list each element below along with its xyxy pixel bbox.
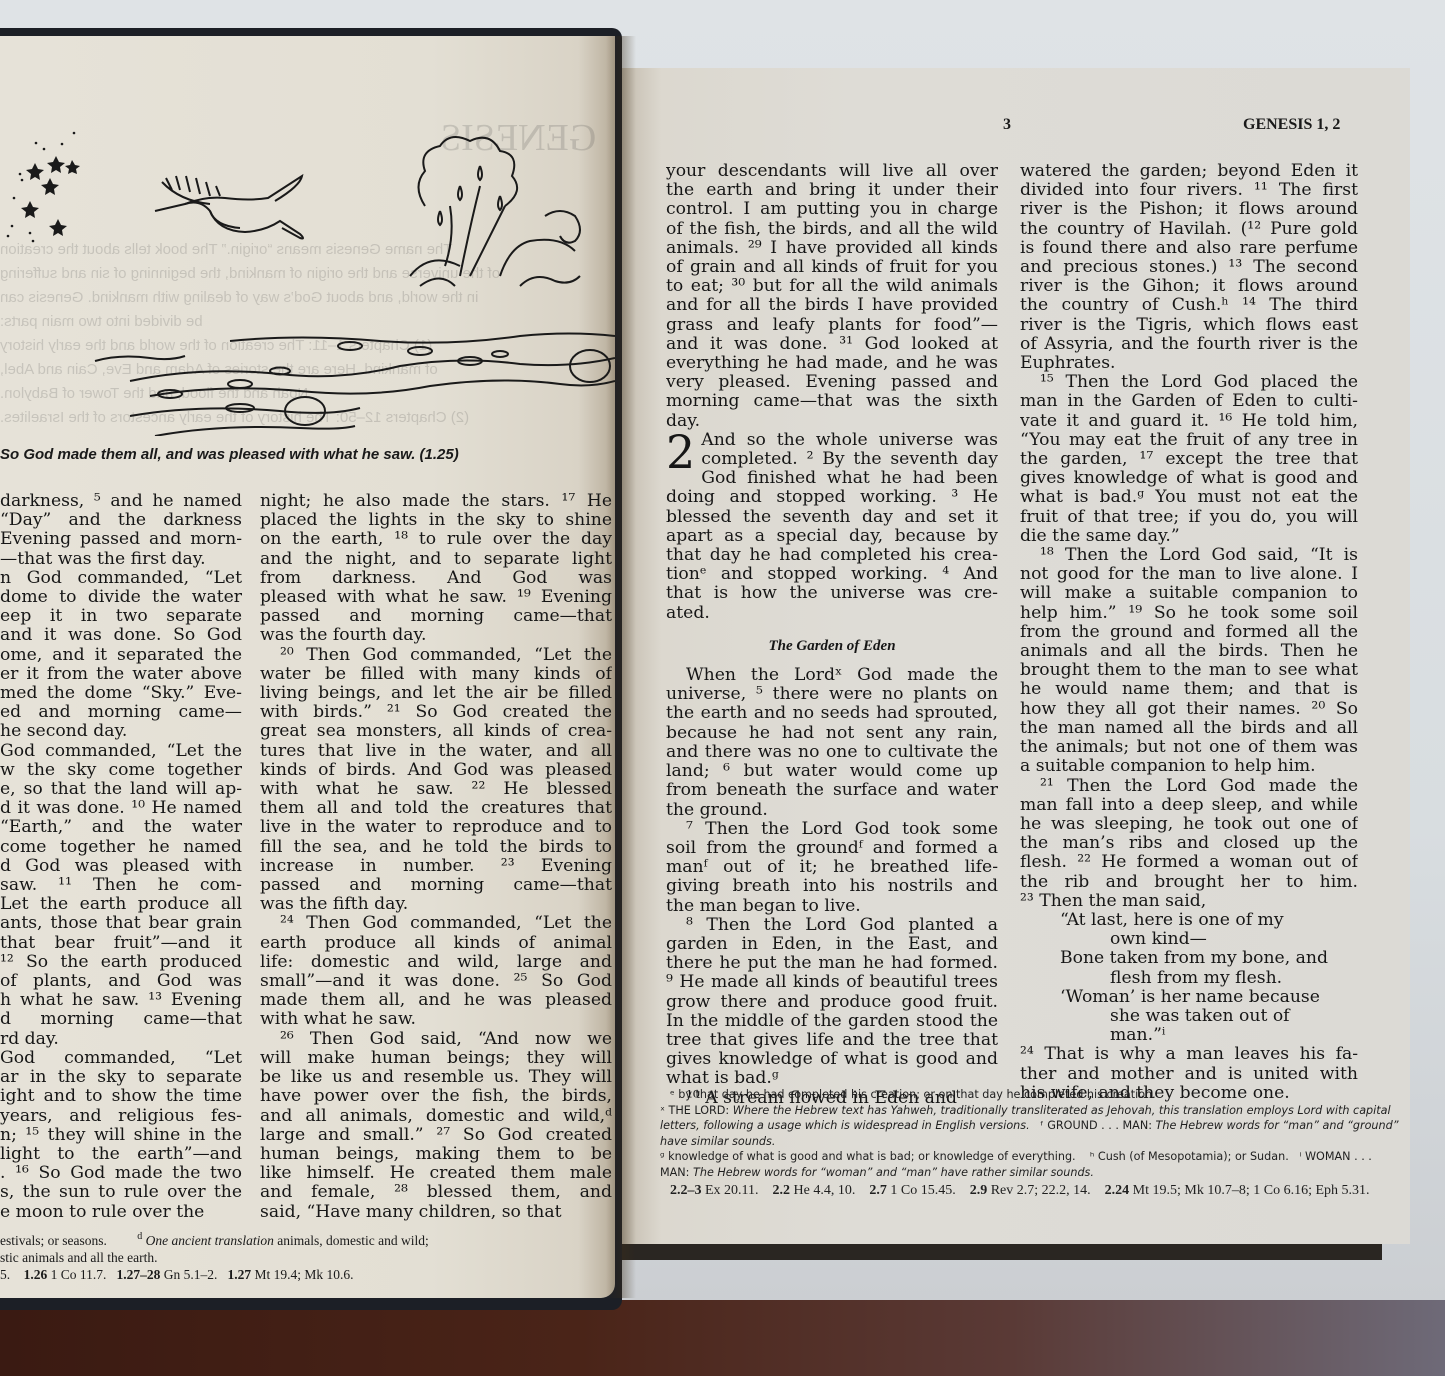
text-line: the man began to live. bbox=[666, 897, 998, 916]
text-line: e moon to rule over the bbox=[0, 1203, 242, 1222]
left-page-column-1: darkness, ⁵ and he named“Day” and the da… bbox=[0, 492, 242, 1222]
text-line: h what he saw. ¹³ Evening bbox=[0, 991, 242, 1010]
text-line: e, so that the land will ap- bbox=[0, 780, 242, 799]
book-gutter bbox=[606, 36, 636, 1298]
cross-ref-text: 1 Co 11.7. bbox=[51, 1267, 117, 1282]
text-line: life: domestic and wild, large and bbox=[260, 953, 612, 972]
text-line: the country of Havilah. (¹² Pure gold bbox=[1020, 220, 1358, 239]
text-line: the ground. bbox=[666, 801, 998, 820]
text-line: When the Lordˣ God made the bbox=[666, 666, 998, 685]
text-line: not good for the man to live alone. I bbox=[1020, 565, 1358, 584]
text-line: ²⁴ Then God commanded, “Let the bbox=[260, 914, 612, 933]
text-line: ⁹ He made all kinds of beautiful trees bbox=[666, 973, 998, 992]
text-line: divided into four rivers. ¹¹ The first bbox=[1020, 181, 1358, 200]
text-line: them all and told the creatures that bbox=[260, 799, 612, 818]
text-line: great sea monsters, all kinds of crea- bbox=[260, 722, 612, 741]
text-line: the man’s ribs and closed up the bbox=[1020, 834, 1358, 853]
right-page-column-1: your descendants will live all overthe e… bbox=[666, 162, 998, 1108]
text-line: er it from the water above bbox=[0, 665, 242, 684]
text-line: passed and morning came—that bbox=[260, 607, 612, 626]
chapter-2-block: 2And so the whole universe wascompleted.… bbox=[666, 431, 998, 623]
text-line: and the night, and to separate light bbox=[260, 550, 612, 569]
text-line: living beings, and let the air be filled bbox=[260, 684, 612, 703]
text-line: n; ¹⁵ they will shine in the bbox=[0, 1126, 242, 1145]
text-line: land; ⁶ but water would come up bbox=[666, 762, 998, 781]
footnote-line: estivals; or seasons. d One ancient tran… bbox=[0, 1232, 600, 1249]
text-line: there he put the man he had formed. bbox=[666, 954, 998, 973]
text-line: that day he had completed his crea- bbox=[666, 546, 998, 565]
text-line: was the fifth day. bbox=[260, 895, 612, 914]
right-page-column-2: watered the garden; beyond Eden itdivide… bbox=[1020, 162, 1358, 1103]
text-line: will make a suitable companion to bbox=[1020, 584, 1358, 603]
text-line: gives knowledge of what is good and bbox=[1020, 469, 1358, 488]
text-line: very pleased. Evening passed and bbox=[666, 373, 998, 392]
text-line: flesh. ²² He formed a woman out of bbox=[1020, 853, 1358, 872]
text-line: . ¹⁶ So God made the two bbox=[0, 1164, 242, 1183]
text-line: because he had not sent any rain, bbox=[666, 724, 998, 743]
text-line: ‘Woman’ is her name because bbox=[1020, 988, 1358, 1007]
text-line: with what he saw. ²² He blessed bbox=[260, 780, 612, 799]
text-line: river is the Tigris, which flows east bbox=[1020, 316, 1358, 335]
text-line: ed and morning came— bbox=[0, 703, 242, 722]
text-line: control. I am putting you in charge bbox=[666, 200, 998, 219]
text-line: on the earth, ¹⁸ to rule over the day bbox=[260, 530, 612, 549]
cross-ref-text: Mt 19.5; Mk 10.7–8; 1 Co 6.16; Eph 5.31. bbox=[1133, 1183, 1384, 1198]
text-line: grass and leafy plants for food”— bbox=[666, 316, 998, 335]
text-line: ²¹ Then the Lord God made the bbox=[1020, 777, 1358, 796]
text-line: ome, and it separated the bbox=[0, 646, 242, 665]
text-line: he second day. bbox=[0, 722, 242, 741]
text-line: with what he saw. bbox=[260, 1010, 612, 1029]
text-line: he was sleeping, he took out one of bbox=[1020, 815, 1358, 834]
right-page-footnotes: ᵉ by that day he had completed his creat… bbox=[660, 1087, 1400, 1199]
footnote-e: ᵉ by that day he had completed his creat… bbox=[660, 1087, 1400, 1103]
text-line: from darkness. And God was bbox=[260, 569, 612, 588]
text-line: soil from the groundᶠ and formed a bbox=[666, 839, 998, 858]
water-with-fish-icon bbox=[95, 334, 615, 437]
text-line: passed and morning came—that bbox=[260, 876, 612, 895]
text-line: said, “Have many children, so that bbox=[260, 1203, 612, 1222]
text-line: manᶠ out of it; he breathed life- bbox=[666, 858, 998, 877]
text-line: and there was no one to cultivate the bbox=[666, 743, 998, 762]
cross-ref-label: 1.26 bbox=[24, 1267, 51, 1282]
footnote-x: ˣ THE LORD: Where the Hebrew text has Ya… bbox=[660, 1103, 1400, 1150]
tree-and-plants-icon bbox=[410, 137, 580, 286]
text-line: apart as a special day, because by bbox=[666, 527, 998, 546]
text-line: garden in Eden, in the East, and bbox=[666, 935, 998, 954]
text-line: tree that gives life and the tree that bbox=[666, 1031, 998, 1050]
cross-ref-label: 2.24 bbox=[1105, 1183, 1133, 1198]
text-line: universe, ⁵ there were no plants on bbox=[666, 685, 998, 704]
text-line: that is how the universe was cre- bbox=[666, 584, 998, 603]
text-line: he would name them; and that is bbox=[1020, 680, 1358, 699]
wooden-table-surface bbox=[0, 1300, 1445, 1376]
text-line: own kind— bbox=[1020, 930, 1358, 949]
cross-ref-text: Ex 20.11. bbox=[705, 1183, 773, 1198]
cross-ref-text: He 4.4, 10. bbox=[794, 1183, 870, 1198]
text-line: large and small.” ²⁷ So God created bbox=[260, 1126, 612, 1145]
text-line: like himself. He created them male bbox=[260, 1164, 612, 1183]
text-line: of grain and all kinds of fruit for you bbox=[666, 258, 998, 277]
chapter-number: 2 bbox=[666, 433, 695, 471]
text-line: of Assyria, and the fourth river is the bbox=[1020, 335, 1358, 354]
text-line: from the ground and formed all the bbox=[1020, 623, 1358, 642]
text-line: die the same day.” bbox=[1020, 527, 1358, 546]
text-line: the man named all the birds and all bbox=[1020, 719, 1358, 738]
cross-ref-label: 2.2–3 bbox=[670, 1183, 705, 1198]
text-line: Bone taken from my bone, and bbox=[1020, 949, 1358, 968]
cross-ref-label: 2.7 bbox=[869, 1183, 890, 1198]
text-line: pleased with what he saw. ¹⁹ Evening bbox=[260, 588, 612, 607]
text-line: d morning came—that bbox=[0, 1010, 242, 1029]
text-line: years, and religious fes- bbox=[0, 1107, 242, 1126]
text-line: Let the earth produce all bbox=[0, 895, 242, 914]
text-line: ated. bbox=[666, 604, 998, 623]
text-line: a suitable companion to help him. bbox=[1020, 757, 1358, 776]
flying-bird-icon bbox=[155, 176, 303, 239]
text-line: ²⁰ Then God commanded, “Let the bbox=[260, 646, 612, 665]
text-line: come together he named bbox=[0, 838, 242, 857]
text-line: live in the water to reproduce and to bbox=[260, 818, 612, 837]
text-line: eep it in two separate bbox=[0, 607, 242, 626]
text-line: —that was the first day. bbox=[0, 550, 242, 569]
text-line: tionᵉ and stopped working. ⁴ And bbox=[666, 565, 998, 584]
text-line: fruit of that tree; if you do, you will bbox=[1020, 508, 1358, 527]
text-line: the animals; but not one of them was bbox=[1020, 738, 1358, 757]
left-page: GENESISThe name Genesis means “origin.” … bbox=[0, 36, 615, 1298]
text-line: giving breath into his nostrils and bbox=[666, 877, 998, 896]
text-line: doing and stopped working. ³ He bbox=[666, 488, 998, 507]
text-line: ⁸ Then the Lord God planted a bbox=[666, 916, 998, 935]
creation-illustration bbox=[0, 96, 615, 436]
right-page: your descendants will live all overthe e… bbox=[622, 68, 1410, 1244]
text-line: and it was done. ³¹ God looked at bbox=[666, 335, 998, 354]
text-line: dome to divide the water bbox=[0, 588, 242, 607]
text-line: light to the earth”—and bbox=[0, 1145, 242, 1164]
text-line: the rib and brought her to him. bbox=[1020, 873, 1358, 892]
text-line: d it was done. ¹⁰ He named bbox=[0, 799, 242, 818]
text-line: And so the whole universe was bbox=[701, 431, 998, 450]
text-line: she was taken out of bbox=[1020, 1007, 1358, 1026]
text-line: small”—and it was done. ²⁵ So God bbox=[260, 972, 612, 991]
text-line: and it was done. So God bbox=[0, 626, 242, 645]
text-line: ight and to show the time bbox=[0, 1087, 242, 1106]
cross-ref-text bbox=[14, 1267, 24, 1282]
text-line: vate it and guard it. ¹⁶ He told him, bbox=[1020, 412, 1358, 431]
text-line: with birds.” ²¹ So God created the bbox=[260, 703, 612, 722]
cross-ref-text: Rev 2.7; 22.2, 14. bbox=[991, 1183, 1105, 1198]
text-line: Euphrates. bbox=[1020, 354, 1358, 373]
text-line: was the fourth day. bbox=[260, 626, 612, 645]
text-line: ar in the sky to separate bbox=[0, 1068, 242, 1087]
text-line: earth produce all kinds of animal bbox=[260, 934, 612, 953]
text-line: the country of Cush.ʰ ¹⁴ The third bbox=[1020, 296, 1358, 315]
text-line: of plants, and God was bbox=[0, 972, 242, 991]
text-line: ²⁶ Then God said, “And now we bbox=[260, 1030, 612, 1049]
cross-references: 2.2–3 Ex 20.11. 2.2 He 4.4, 10. 2.7 1 Co… bbox=[660, 1182, 1400, 1199]
text-line: is found there and also rare perfume bbox=[1020, 239, 1358, 258]
text-line: God finished what he had been bbox=[701, 469, 998, 488]
text-line: med the dome “Sky.” Eve- bbox=[0, 684, 242, 703]
text-line: Evening passed and morn- bbox=[0, 530, 242, 549]
text-line: have power over the fish, the birds, bbox=[260, 1087, 612, 1106]
text-line: n God commanded, “Let bbox=[0, 569, 242, 588]
text-line: help him.” ¹⁹ So he took some soil bbox=[1020, 604, 1358, 623]
text-line: how they all got their names. ²⁰ So bbox=[1020, 700, 1358, 719]
text-line: will make human beings; they will bbox=[260, 1049, 612, 1068]
section-heading: The Garden of Eden bbox=[666, 637, 998, 656]
text-line: “Earth,” and the water bbox=[0, 818, 242, 837]
footnote-line: stic animals and all the earth. bbox=[0, 1249, 600, 1266]
text-line: of the fish, the birds, and all the wild bbox=[666, 220, 998, 239]
text-line: night; he also made the stars. ¹⁷ He bbox=[260, 492, 612, 511]
text-line: made them all, and he was pleased bbox=[260, 991, 612, 1010]
text-line: darkness, ⁵ and he named bbox=[0, 492, 242, 511]
running-head: GENESIS 1, 2 bbox=[1243, 116, 1340, 134]
cross-ref-label: 1.27 bbox=[228, 1267, 255, 1282]
text-line: grow there and produce good fruit. bbox=[666, 993, 998, 1012]
text-line: saw. ¹¹ Then he com- bbox=[0, 876, 242, 895]
cross-ref-text: Gn 5.1–2. bbox=[164, 1267, 228, 1282]
text-line: ther and mother and is united with bbox=[1020, 1065, 1358, 1084]
text-line: water be filled with many kinds of bbox=[260, 665, 612, 684]
footnote-g-h: ᵍ knowledge of what is good and what is … bbox=[660, 1149, 1400, 1180]
cross-ref-label: 2.9 bbox=[970, 1183, 991, 1198]
text-line: w the sky come together bbox=[0, 761, 242, 780]
text-line: gives knowledge of what is good and bbox=[666, 1050, 998, 1069]
text-line: that bear fruit”—and it bbox=[0, 934, 242, 953]
text-line: kinds of birds. And God was pleased bbox=[260, 761, 612, 780]
text-line: day. bbox=[666, 412, 998, 431]
text-line: ¹⁸ Then the Lord God said, “It is bbox=[1020, 546, 1358, 565]
text-line: “At last, here is one of my bbox=[1020, 911, 1358, 930]
text-line: increase in number. ²³ Evening bbox=[260, 857, 612, 876]
text-line: your descendants will live all over bbox=[666, 162, 998, 181]
text-line: and for all the birds I have provided bbox=[666, 296, 998, 315]
text-line: flesh from my flesh. bbox=[1020, 969, 1358, 988]
text-line: what is bad.ᵍ bbox=[666, 1069, 998, 1088]
text-line: fill the sea, and he told the birds to bbox=[260, 838, 612, 857]
text-line: brought them to the man to see what bbox=[1020, 661, 1358, 680]
text-line: placed the lights in the sky to shine bbox=[260, 511, 612, 530]
text-line: and female, ²⁸ blessed them, and bbox=[260, 1183, 612, 1202]
text-line: “You may eat the fruit of any tree in bbox=[1020, 431, 1358, 450]
text-line: man.”ⁱ bbox=[1020, 1026, 1358, 1045]
left-page-footnotes: estivals; or seasons. d One ancient tran… bbox=[0, 1232, 600, 1283]
text-line: ⁷ Then the Lord God took some bbox=[666, 820, 998, 839]
text-line: to eat; ³⁰ but for all the wild animals bbox=[666, 277, 998, 296]
text-line: “Day” and the darkness bbox=[0, 511, 242, 530]
text-line: In the middle of the garden stood the bbox=[666, 1012, 998, 1031]
text-line: the earth and bring it under their bbox=[666, 181, 998, 200]
text-line: man fall into a deep sleep, and while bbox=[1020, 796, 1358, 815]
text-line: what is bad.ᵍ You must not eat the bbox=[1020, 488, 1358, 507]
text-line: completed. ² By the seventh day bbox=[701, 450, 998, 469]
text-line: ants, those that bear grain bbox=[0, 914, 242, 933]
text-line: watered the garden; beyond Eden it bbox=[1020, 162, 1358, 181]
text-line: ¹² So the earth produced bbox=[0, 953, 242, 972]
text-line: ²³ Then the man said, bbox=[1020, 892, 1358, 911]
stars-icon bbox=[7, 132, 80, 243]
text-line: river is the Pishon; it flows around bbox=[1020, 200, 1358, 219]
text-line: ²⁴ That is why a man leaves his fa- bbox=[1020, 1045, 1358, 1064]
left-page-column-2: night; he also made the stars. ¹⁷ Heplac… bbox=[260, 492, 612, 1222]
text-line: rd day. bbox=[0, 1030, 242, 1049]
text-line: s, the sun to rule over the bbox=[0, 1183, 242, 1202]
text-line: the garden, ¹⁷ except the tree that bbox=[1020, 450, 1358, 469]
text-line: river is the Gihon; it flows around bbox=[1020, 277, 1358, 296]
text-line: and precious stones.) ¹³ The second bbox=[1020, 258, 1358, 277]
page-number: 3 bbox=[1003, 116, 1011, 134]
text-line: everything he had made, and he was bbox=[666, 354, 998, 373]
text-line: man in the Garden of Eden to culti- bbox=[1020, 392, 1358, 411]
illustration-caption: So God made them all, and was pleased wi… bbox=[0, 446, 600, 463]
cross-references: 5. 1.26 1 Co 11.7. 1.27–28 Gn 5.1–2. 1.2… bbox=[0, 1266, 600, 1283]
cross-ref-label: 5. bbox=[0, 1267, 14, 1282]
text-line: blessed the seventh day and set it bbox=[666, 508, 998, 527]
text-line: be like us and resemble us. They will bbox=[260, 1068, 612, 1087]
cross-ref-label: 1.27–28 bbox=[117, 1267, 164, 1282]
text-line: the earth and no seeds had sprouted, bbox=[666, 704, 998, 723]
text-line: tures that live in the water, and all bbox=[260, 742, 612, 761]
cross-ref-text: 1 Co 15.45. bbox=[890, 1183, 969, 1198]
text-line: animals and all the birds. Then he bbox=[1020, 642, 1358, 661]
text-line: animals. ²⁹ I have provided all kinds bbox=[666, 239, 998, 258]
text-line: d God was pleased with bbox=[0, 857, 242, 876]
text-line: God commanded, “Let bbox=[0, 1049, 242, 1068]
cross-ref-text: Mt 19.4; Mk 10.6. bbox=[255, 1267, 364, 1282]
cross-ref-label: 2.2 bbox=[773, 1183, 794, 1198]
text-line: human beings, making them to be bbox=[260, 1145, 612, 1164]
text-line: morning came—that was the sixth bbox=[666, 392, 998, 411]
text-line: God commanded, “Let the bbox=[0, 742, 242, 761]
text-line: and all animals, domestic and wild,ᵈ bbox=[260, 1107, 612, 1126]
text-line: ¹⁵ Then the Lord God placed the bbox=[1020, 373, 1358, 392]
text-line: from beneath the surface and water bbox=[666, 781, 998, 800]
